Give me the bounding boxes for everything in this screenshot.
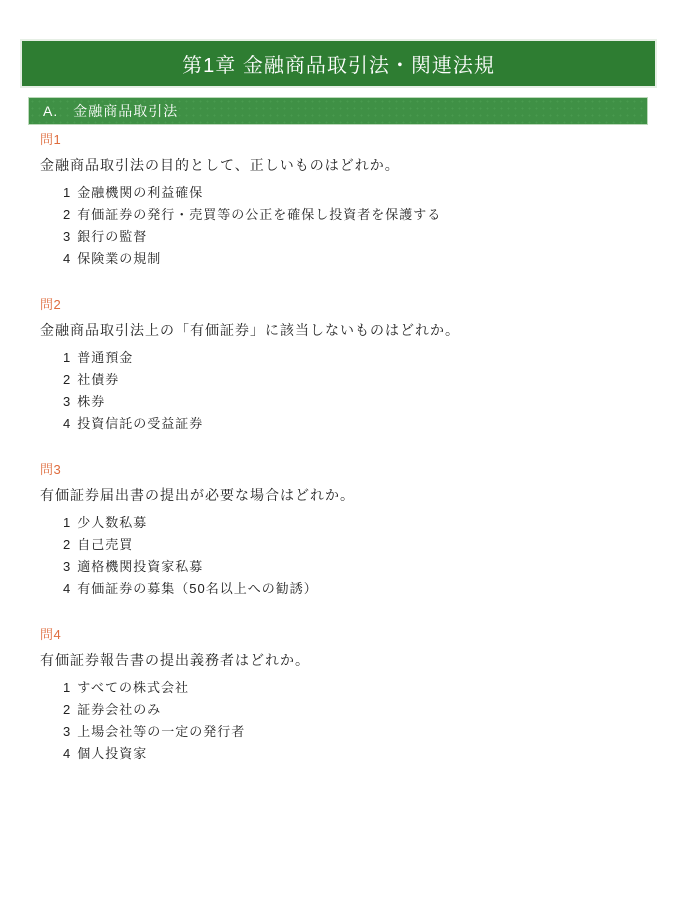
option-item: 2自己売買	[63, 534, 650, 556]
option-text: 適格機関投資家私募	[77, 559, 203, 574]
option-text: 個人投資家	[77, 746, 147, 761]
option-item: 4有価証券の募集（50名以上への勧誘）	[63, 578, 650, 600]
option-item: 4個人投資家	[63, 743, 650, 765]
option-item: 1普通預金	[63, 347, 650, 369]
option-text: 少人数私募	[77, 515, 147, 530]
option-number: 3	[63, 721, 70, 743]
question-block-1: 問1 金融商品取引法の目的として、正しいものはどれか。 1金融機関の利益確保 2…	[40, 130, 650, 270]
option-number: 4	[63, 743, 70, 765]
question-text: 金融商品取引法上の「有価証券」に該当しないものはどれか。	[40, 320, 650, 340]
chapter-banner: 第1章 金融商品取引法・関連法規	[22, 41, 655, 86]
question-label: 問1	[40, 130, 650, 150]
option-item: 3株券	[63, 391, 650, 413]
option-text: 有価証券の発行・売買等の公正を確保し投資者を保護する	[77, 207, 441, 222]
option-text: 保険業の規制	[77, 251, 161, 266]
chapter-title: 第1章 金融商品取引法・関連法規	[182, 49, 495, 78]
question-text: 金融商品取引法の目的として、正しいものはどれか。	[40, 155, 650, 175]
option-text: 社債券	[77, 372, 119, 387]
option-number: 2	[63, 369, 70, 391]
option-text: すべての株式会社	[77, 680, 189, 695]
option-number: 3	[63, 226, 70, 248]
option-number: 3	[63, 556, 70, 578]
option-number: 2	[63, 699, 70, 721]
option-text: 普通預金	[77, 350, 133, 365]
option-number: 2	[63, 534, 70, 556]
option-text: 自己売買	[77, 537, 133, 552]
option-item: 2社債券	[63, 369, 650, 391]
question-text: 有価証券報告書の提出義務者はどれか。	[40, 650, 650, 670]
question-block-4: 問4 有価証券報告書の提出義務者はどれか。 1すべての株式会社 2証券会社のみ …	[40, 625, 650, 765]
option-text: 証券会社のみ	[77, 702, 161, 717]
question-block-3: 問3 有価証券届出書の提出が必要な場合はどれか。 1少人数私募 2自己売買 3適…	[40, 460, 650, 600]
options-list: 1少人数私募 2自己売買 3適格機関投資家私募 4有価証券の募集（50名以上への…	[40, 512, 650, 600]
question-label: 問4	[40, 625, 650, 645]
question-label: 問2	[40, 295, 650, 315]
option-item: 2証券会社のみ	[63, 699, 650, 721]
option-number: 3	[63, 391, 70, 413]
option-text: 有価証券の募集（50名以上への勧誘）	[77, 581, 317, 596]
question-block-2: 問2 金融商品取引法上の「有価証券」に該当しないものはどれか。 1普通預金 2社…	[40, 295, 650, 435]
section-title: A. 金融商品取引法	[29, 101, 178, 121]
option-number: 4	[63, 413, 70, 435]
option-text: 株券	[77, 394, 105, 409]
options-list: 1普通預金 2社債券 3株券 4投資信託の受益証券	[40, 347, 650, 435]
option-item: 4保険業の規制	[63, 248, 650, 270]
option-item: 2有価証券の発行・売買等の公正を確保し投資者を保護する	[63, 204, 650, 226]
option-item: 4投資信託の受益証券	[63, 413, 650, 435]
question-label: 問3	[40, 460, 650, 480]
questions-area: 問1 金融商品取引法の目的として、正しいものはどれか。 1金融機関の利益確保 2…	[40, 130, 650, 790]
section-banner: A. 金融商品取引法	[28, 97, 648, 125]
option-text: 投資信託の受益証券	[77, 416, 203, 431]
option-item: 3適格機関投資家私募	[63, 556, 650, 578]
options-list: 1金融機関の利益確保 2有価証券の発行・売買等の公正を確保し投資者を保護する 3…	[40, 182, 650, 270]
option-item: 1すべての株式会社	[63, 677, 650, 699]
option-item: 1少人数私募	[63, 512, 650, 534]
option-number: 4	[63, 248, 70, 270]
option-number: 1	[63, 512, 70, 534]
option-text: 上場会社等の一定の発行者	[77, 724, 245, 739]
option-text: 金融機関の利益確保	[77, 185, 203, 200]
question-text: 有価証券届出書の提出が必要な場合はどれか。	[40, 485, 650, 505]
option-item: 1金融機関の利益確保	[63, 182, 650, 204]
option-item: 3銀行の監督	[63, 226, 650, 248]
option-number: 2	[63, 204, 70, 226]
option-number: 1	[63, 347, 70, 369]
option-number: 4	[63, 578, 70, 600]
options-list: 1すべての株式会社 2証券会社のみ 3上場会社等の一定の発行者 4個人投資家	[40, 677, 650, 765]
option-number: 1	[63, 677, 70, 699]
option-text: 銀行の監督	[77, 229, 147, 244]
option-number: 1	[63, 182, 70, 204]
option-item: 3上場会社等の一定の発行者	[63, 721, 650, 743]
